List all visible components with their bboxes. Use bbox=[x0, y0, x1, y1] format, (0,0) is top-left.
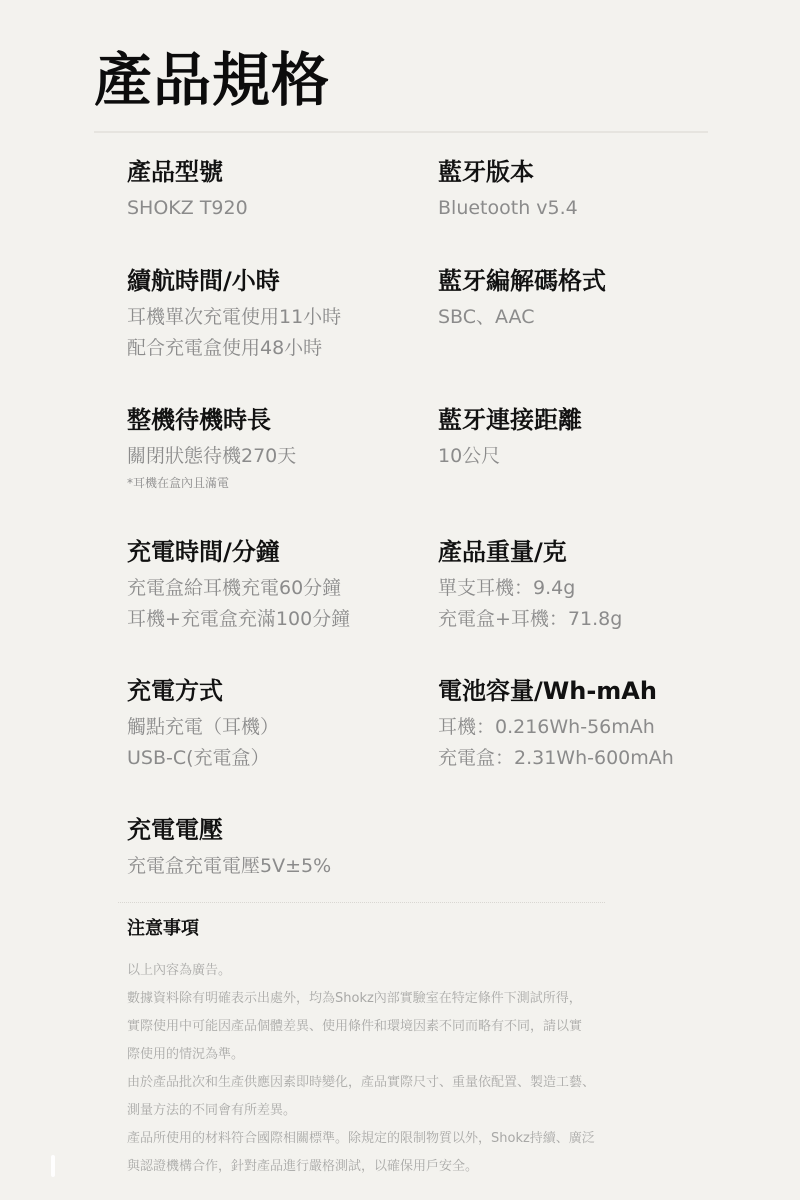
spec-weight: 產品重量/克 單支耳機：9.4g 充電盒+耳機：71.8g bbox=[438, 537, 738, 635]
spec-footnote: *耳機在盒內且滿電 bbox=[127, 474, 427, 492]
notes-body: 以上內容為廣告。 數據資料除有明確表示出處外，均為Shokz內部實驗室在特定條件… bbox=[127, 957, 697, 1181]
notes-divider bbox=[118, 902, 605, 903]
page-title: 產品規格 bbox=[94, 40, 330, 120]
decorative-mark bbox=[51, 1155, 55, 1177]
spec-value: 配合充電盒使用48小時 bbox=[127, 333, 427, 364]
spec-value: 充電盒：2.31Wh-600mAh bbox=[438, 743, 738, 774]
spec-label: 電池容量/Wh-mAh bbox=[438, 676, 738, 706]
spec-range: 藍牙連接距離 10公尺 bbox=[438, 405, 738, 472]
spec-label: 產品重量/克 bbox=[438, 537, 738, 567]
notes-line: 數據資料除有明確表示出處外，均為Shokz內部實驗室在特定條件下測試所得， bbox=[127, 985, 697, 1013]
spec-value: 耳機單次充電使用11小時 bbox=[127, 302, 427, 333]
spec-value: 單支耳機：9.4g bbox=[438, 573, 738, 604]
spec-value: 充電盒給耳機充電60分鐘 bbox=[127, 573, 427, 604]
notes-line: 由於產品批次和生產供應因素即時變化，產品實際尺寸、重量依配置、製造工藝、 bbox=[127, 1069, 697, 1097]
spec-model: 產品型號 SHOKZ T920 bbox=[127, 157, 427, 224]
spec-value: 關閉狀態待機270天 bbox=[127, 441, 427, 472]
spec-label: 藍牙版本 bbox=[438, 157, 738, 187]
spec-label: 整機待機時長 bbox=[127, 405, 427, 435]
spec-charge-method: 充電方式 觸點充電（耳機） USB-C(充電盒） bbox=[127, 676, 427, 774]
title-divider bbox=[94, 131, 708, 133]
spec-label: 產品型號 bbox=[127, 157, 427, 187]
spec-value: 10公尺 bbox=[438, 441, 738, 472]
notes-line: 與認證機構合作，針對產品進行嚴格測試，以確保用戶安全。 bbox=[127, 1153, 697, 1181]
notes-line: 以上內容為廣告。 bbox=[127, 957, 697, 985]
spec-label: 充電電壓 bbox=[127, 815, 427, 845]
spec-value: 耳機：0.216Wh-56mAh bbox=[438, 712, 738, 743]
spec-voltage: 充電電壓 充電盒充電電壓5V±5% bbox=[127, 815, 427, 882]
notes-line: 際使用的情況為準。 bbox=[127, 1041, 697, 1069]
spec-bluetooth-version: 藍牙版本 Bluetooth v5.4 bbox=[438, 157, 738, 224]
notes-line: 實際使用中可能因產品個體差異、使用條件和環境因素不同而略有不同，請以實 bbox=[127, 1013, 697, 1041]
spec-value: SHOKZ T920 bbox=[127, 193, 427, 224]
spec-codec: 藍牙編解碼格式 SBC、AAC bbox=[438, 266, 738, 333]
spec-charge-time: 充電時間/分鐘 充電盒給耳機充電60分鐘 耳機+充電盒充滿100分鐘 bbox=[127, 537, 427, 635]
spec-value: 觸點充電（耳機） bbox=[127, 712, 427, 743]
spec-value: SBC、AAC bbox=[438, 302, 738, 333]
spec-standby: 整機待機時長 關閉狀態待機270天 *耳機在盒內且滿電 bbox=[127, 405, 427, 492]
spec-battery-capacity: 電池容量/Wh-mAh 耳機：0.216Wh-56mAh 充電盒：2.31Wh-… bbox=[438, 676, 738, 774]
spec-value: 充電盒充電電壓5V±5% bbox=[127, 851, 427, 882]
spec-label: 續航時間/小時 bbox=[127, 266, 427, 296]
spec-value: 充電盒+耳機：71.8g bbox=[438, 604, 738, 635]
spec-value: Bluetooth v5.4 bbox=[438, 193, 738, 224]
spec-label: 充電時間/分鐘 bbox=[127, 537, 427, 567]
spec-label: 藍牙編解碼格式 bbox=[438, 266, 738, 296]
spec-value: USB-C(充電盒） bbox=[127, 743, 427, 774]
notes-line: 產品所使用的材料符合國際相關標準。除規定的限制物質以外，Shokz持續、廣泛 bbox=[127, 1125, 697, 1153]
notes-line: 測量方法的不同會有所差異。 bbox=[127, 1097, 697, 1125]
spec-battery-life: 續航時間/小時 耳機單次充電使用11小時 配合充電盒使用48小時 bbox=[127, 266, 427, 364]
spec-label: 藍牙連接距離 bbox=[438, 405, 738, 435]
spec-value: 耳機+充電盒充滿100分鐘 bbox=[127, 604, 427, 635]
spec-label: 充電方式 bbox=[127, 676, 427, 706]
notes-title: 注意事項 bbox=[127, 916, 199, 942]
